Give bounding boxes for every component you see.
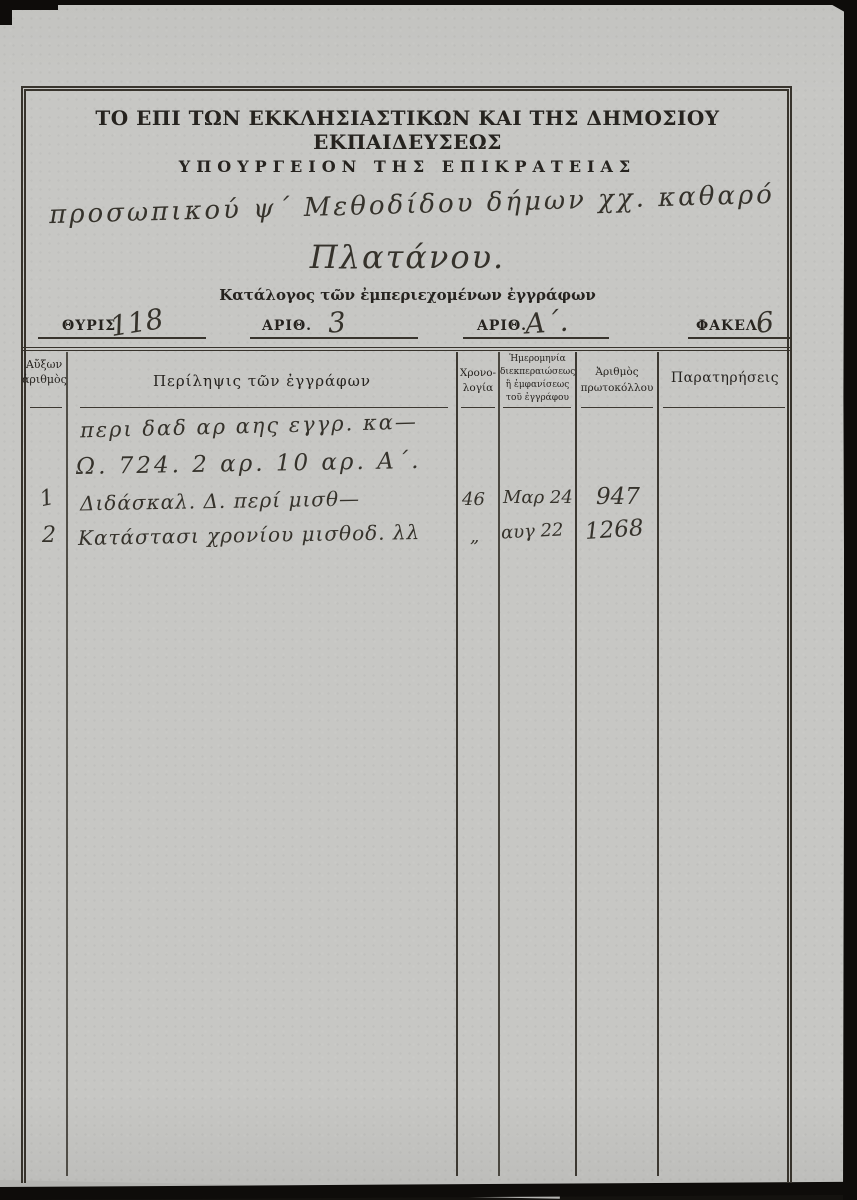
header-underline-1 [30, 407, 62, 408]
table-row-2-date: αυγ 22 [500, 519, 563, 543]
header-underline-6 [663, 407, 785, 408]
field-thyris-value: 118 [108, 302, 166, 343]
field-arith-1: ΑΡΙΘ. 3 [250, 303, 418, 339]
header-underline-3 [461, 407, 495, 408]
column-header-remarks: Παρατηρήσεις [660, 370, 790, 386]
ministry-title-line2: ΥΠΟΥΡΓΕΙΟΝ ΤΗΣ ΕΠΙΚΡΑΤΕΙΑΣ [30, 157, 785, 176]
table-row-1-protocol: 947 [596, 484, 640, 510]
table-row-2-chronology: „ [470, 526, 479, 547]
handwritten-place-name: Πλατάνου. [30, 238, 785, 276]
field-thyris: ΘΥΡΙΣ 118 [38, 303, 206, 339]
column-header-chronology: Χρονο- λογία [458, 366, 498, 395]
field-fakel-label: ΦΑΚΕΛ. [696, 318, 764, 334]
table-top-rule [21, 347, 792, 351]
field-arith-1-label: ΑΡΙΘ. [262, 318, 312, 334]
field-arith-1-value: 3 [327, 305, 347, 339]
table-column-line-5 [657, 352, 659, 1176]
table-column-line-1 [66, 352, 68, 1176]
ministry-title-line1: ΤΟ ΕΠΙ ΤΩΝ ΕΚΚΛΗΣΙΑΣΤΙΚΩΝ ΚΑΙ ΤΗΣ ΔΗΜΟΣΙ… [30, 106, 785, 154]
scanned-document-page: ΤΟ ΕΠΙ ΤΩΝ ΕΚΚΛΗΣΙΑΣΤΙΚΩΝ ΚΑΙ ΤΗΣ ΔΗΜΟΣΙ… [0, 0, 857, 1200]
field-arith-2: ΑΡΙΘ. Α΄. [463, 303, 609, 339]
table-column-line-2 [456, 352, 458, 1176]
column-header-date: Ἡμερομηνία διεκπεραιώσεως ἢ ἐμφανίσεως τ… [500, 353, 575, 405]
column-header-protocol-number: Ἀριθμὸς πρωτοκόλλου [577, 365, 657, 397]
column-header-summary: Περίληψις τῶν ἐγγράφων [70, 372, 454, 390]
table-column-line-3 [498, 352, 500, 1176]
column-header-serial-number: Αὔξων ἀριθμὸς [22, 358, 66, 388]
table-row-2-number: 2 [42, 523, 56, 548]
header-underline-5 [581, 407, 653, 408]
field-thyris-label: ΘΥΡΙΣ [62, 318, 116, 334]
field-fakel: ΦΑΚΕΛ. 6 [688, 303, 792, 339]
table-row-1-summary: Διδάσκαλ. Δ. περί μισθ— [80, 487, 360, 516]
field-arith-2-value: Α΄. [524, 305, 569, 341]
header-underline-4 [503, 407, 571, 408]
field-arith-2-label: ΑΡΙΘ. [477, 318, 527, 334]
table-row-1-chronology: 46 [462, 489, 485, 510]
table-row-1-date: Μαρ 24 [503, 487, 573, 508]
header-underline-2 [80, 407, 448, 408]
table-column-line-4 [575, 352, 577, 1176]
catalog-heading: Κατάλογος τῶν ἐμπεριεχομένων ἐγγράφων [30, 286, 785, 304]
field-fakel-value: 6 [754, 305, 775, 340]
scan-edge-topleft-block [0, 2, 12, 25]
table-row-2-protocol: 1268 [584, 515, 644, 545]
scan-edge-right [843, 0, 857, 1200]
